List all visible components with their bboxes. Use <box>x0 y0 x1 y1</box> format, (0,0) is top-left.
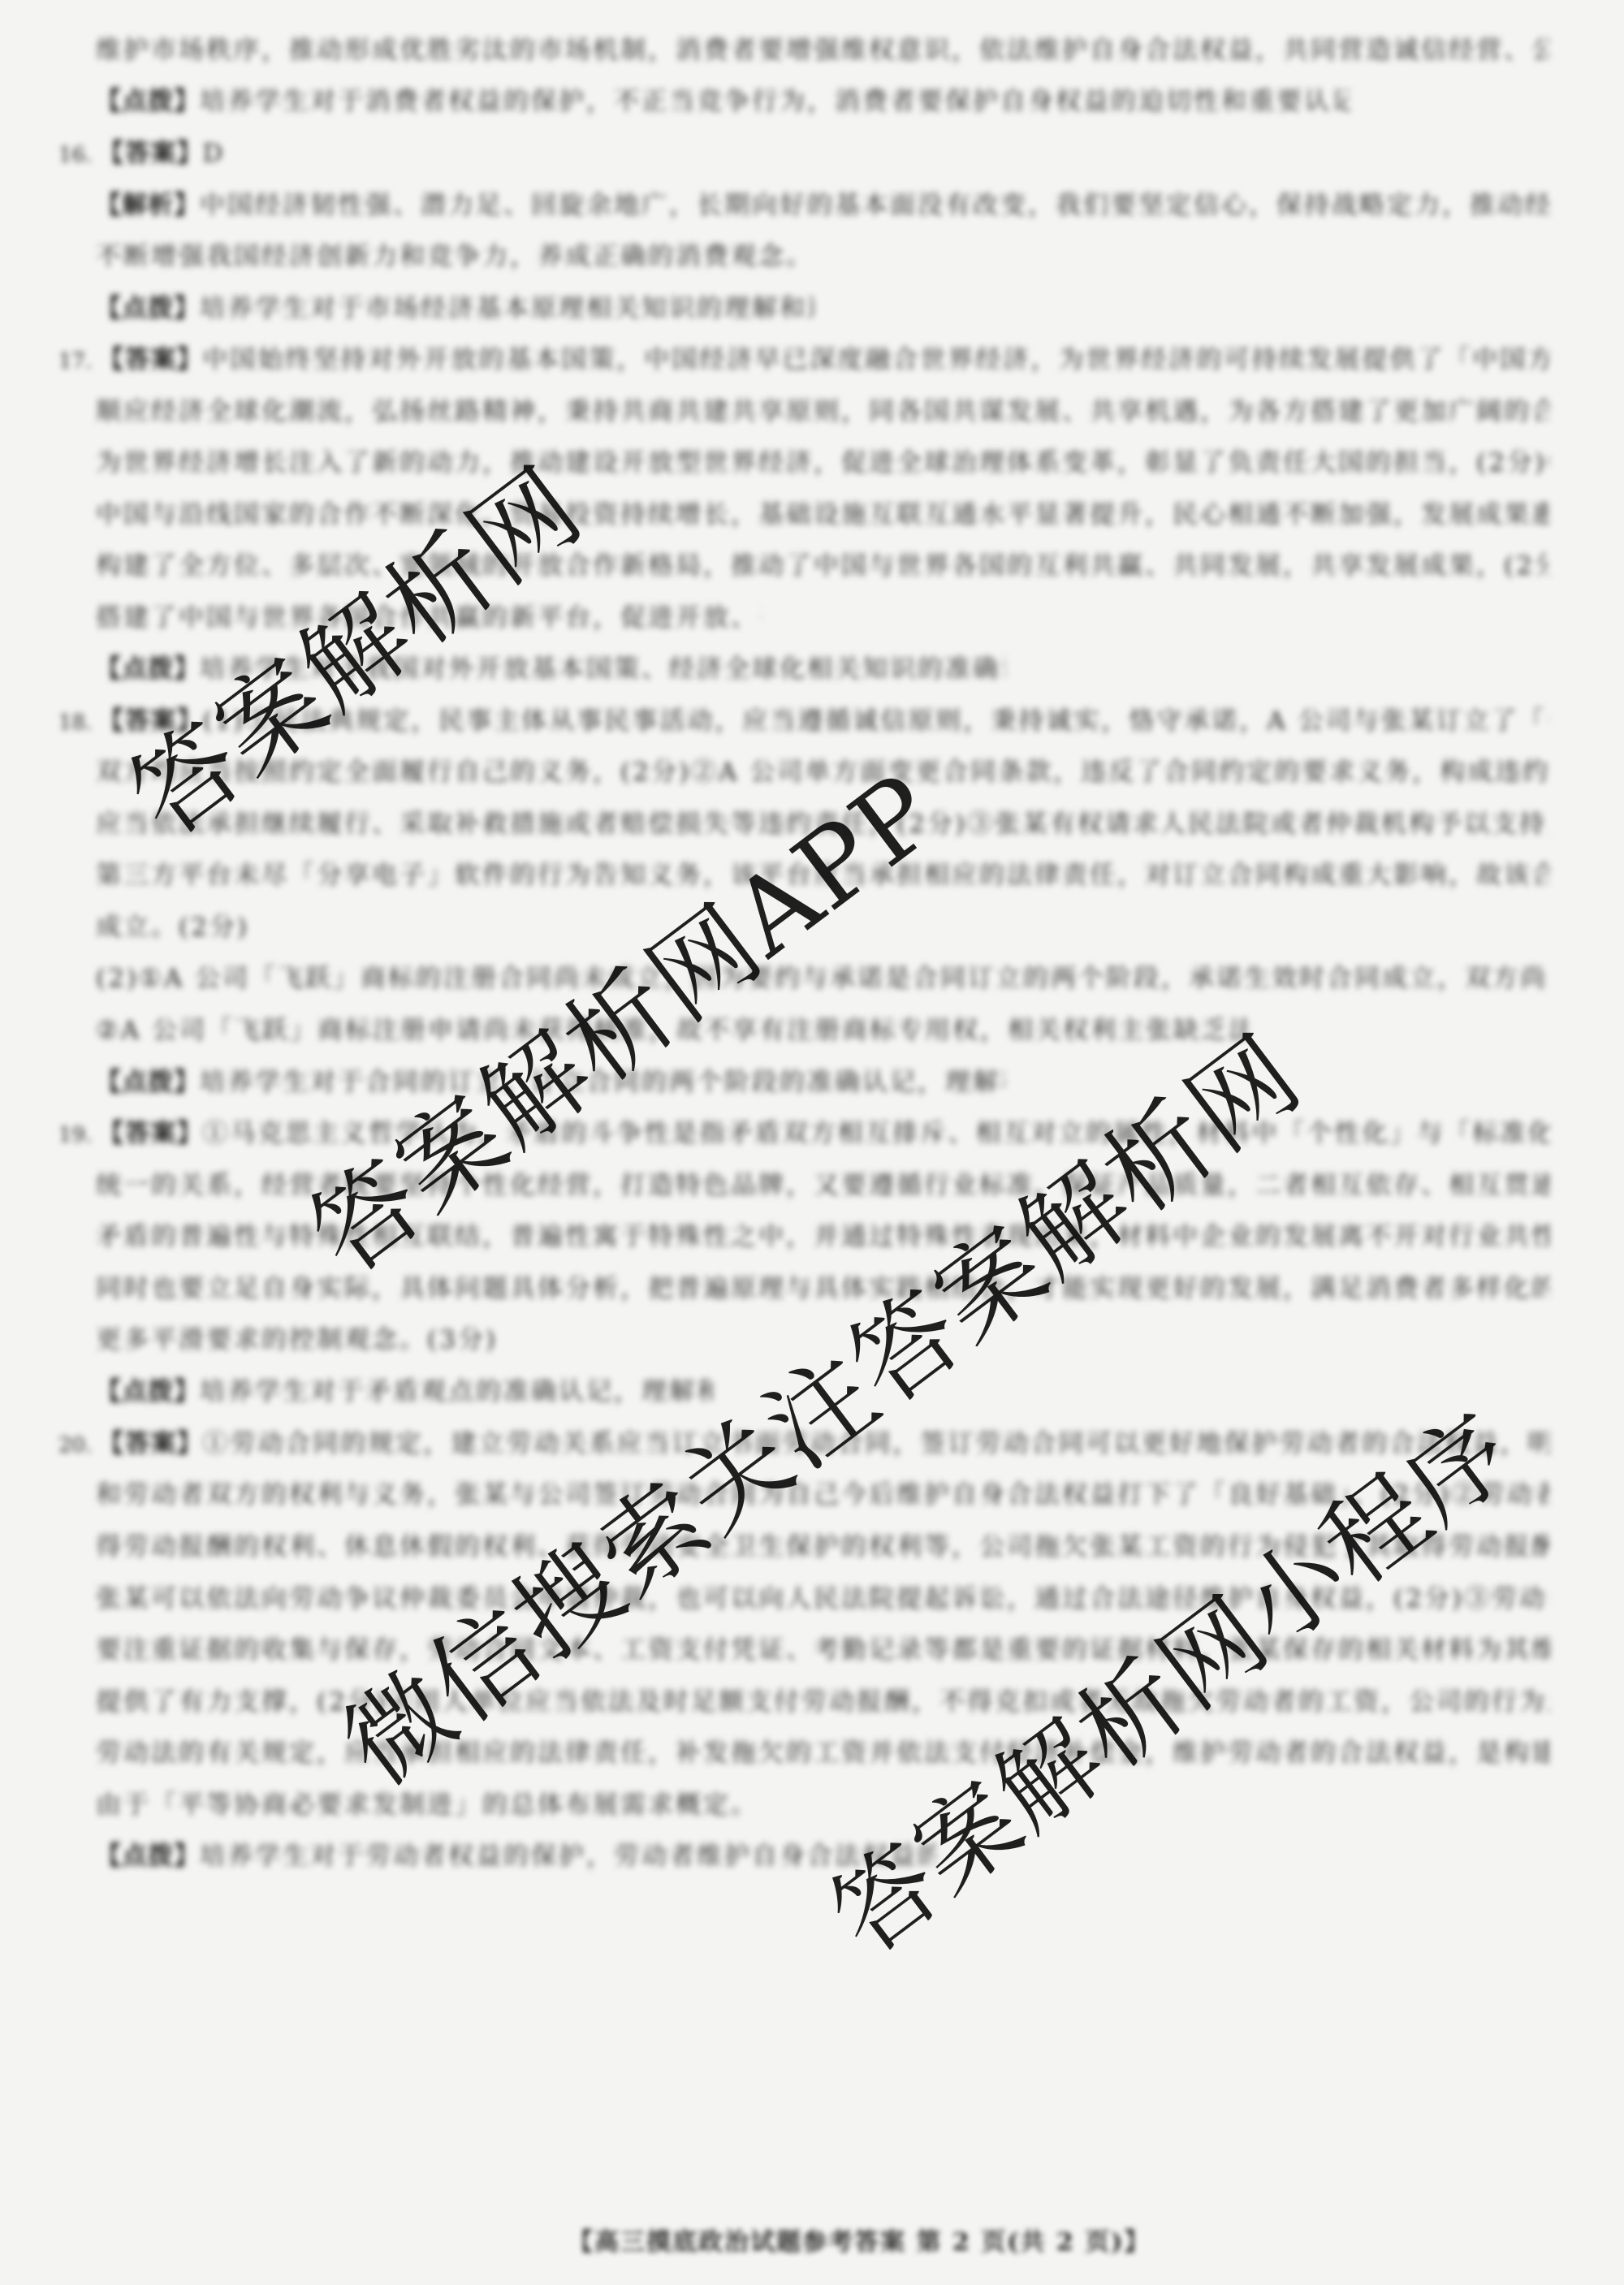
text-line: ②A 公司「飞跃」商标注册申请尚未获得核准，故不享有注册商标专用权，相关权利主张… <box>96 1013 1249 1049</box>
bracket-label: 【答案】 <box>98 1119 202 1148</box>
watermark-4: 答案解析网小程序 <box>797 1373 1538 1981</box>
text-line: 成立。(2分) <box>96 910 315 946</box>
bracket-label: 【点拨】 <box>96 294 200 323</box>
text-line: (2)①A 公司「飞跃」商标的注册合同尚未成立，因为要约与承诺是合同订立的两个阶… <box>96 961 1549 997</box>
text-line: 顺应经济全球化潮流，弘扬丝路精神，秉持共商共建共享原则，同各国共谋发展、共享机遇… <box>96 395 1549 430</box>
text-line: 得劳动报酬的权利、休息休假的权利、获得劳动安全卫生保护的权利等，公司拖欠张某工资… <box>96 1530 1549 1566</box>
bracket-label: 【点拨】 <box>96 654 200 684</box>
text-line: 构建了全方位、多层次、宽领域的开放合作新格局，推动了中国与世界各国的互利共赢、共… <box>96 549 1549 585</box>
answer-label-line: 16.【答案】D <box>58 136 253 172</box>
bracket-label: 【答案】 <box>98 1429 202 1458</box>
bracket-label: 【点拨】 <box>96 87 200 116</box>
text-line: 为世界经济增长注入了新的动力，推动建设开放型世界经济，促进全球治理体系变革，彰显… <box>96 446 1549 482</box>
answer-label-line: 【点拨】培养学生对于消费者权益的保护，不正当竞争行为，消费者要保护自身权益的迫切… <box>96 84 1350 120</box>
answer-label-line: 【点拨】培养学生对于市场经济基本原理相关知识的理解和运用。 <box>96 292 814 327</box>
bracket-label: 【答案】 <box>98 345 202 374</box>
answer-label-line: 20.【答案】①劳动合同的规定，建立劳动关系应当订立书面劳动合同，签订劳动合同可… <box>58 1427 1549 1462</box>
text-line: 统一的关系，经营者既要坚持个性化经营，打造特色品牌，又要遵循行业标准，保证产品质… <box>96 1168 1549 1204</box>
answer-label-line: 19.【答案】①马克思主义哲学认为，矛盾的斗争性是指矛盾双方相互排斥、相互对立的… <box>58 1117 1549 1152</box>
text-line: 劳动法的有关规定，应当承担相应的法律责任，补发拖欠的工资并依法支付经济补偿金，维… <box>96 1736 1549 1772</box>
text-line: 更多平滑要求的控制观念。(3分) <box>96 1323 494 1358</box>
text-line: 要注重证据的收集与保存，劳动合同文本、工资支付凭证、考勤记录等都是重要的证据材料… <box>96 1633 1549 1669</box>
answer-label-line: 【点拨】培养学生对于我国对外开放基本国策、经济全球化相关知识的准确认记，理解和运… <box>96 652 1005 688</box>
text-line: 提供了有力支撑，(2分)④用人单位应当依法及时足额支付劳动报酬，不得克扣或者无故… <box>96 1685 1549 1721</box>
bracket-label: 【答案】 <box>98 706 202 736</box>
question-number: 16. <box>58 143 92 167</box>
answer-label-line: 【点拨】培养学生对于矛盾观点的准确认记，理解和运用。 <box>96 1375 713 1410</box>
text-line: 不断增强我国经济创新力和竞争力，养成正确的消费观念。 <box>96 240 855 275</box>
text-line: 矛盾的普遍性与特殊性相互联结，普遍性寓于特殊性之中，并通过特殊性表现出来，材料中… <box>96 1220 1549 1255</box>
text-line: 双方均应当按照约定全面履行自己的义务，(2分)②A 公司单方面变更合同条款，违反… <box>96 755 1549 791</box>
answer-label-line: 【点拨】培养学生对于合同的订立、订立合同的两个阶段的准确认记，理解和运用。 <box>96 1065 1005 1101</box>
answer-label-line: 【点拨】培养学生对于劳动者权益的保护，劳动者维护自身合法权益的途径的准确认记，理… <box>96 1839 936 1875</box>
document-page: 维护市场秩序，推动形成优胜劣汰的市场机制，消费者要增强维权意识，依法维护自身合法… <box>0 0 1624 2285</box>
question-number: 18. <box>58 711 92 735</box>
bracket-label: 【点拨】 <box>96 1842 200 1871</box>
text-line: 第三方平台未尽「分享电子」软件的行为告知义务，该平台应当承担相应的法律责任，对订… <box>96 858 1549 894</box>
text-line: 张某可以依法向劳动争议仲裁委员会申请仲裁，也可以向人民法院提起诉讼，通过合法途径… <box>96 1582 1549 1618</box>
text-line: 中国与沿线国家的合作不断深化，贸易投资持续增长，基础设施互联互通水平显著提升，民… <box>96 498 1549 533</box>
answer-label-line: 17.【答案】中国始终坚持对外开放的基本国策，中国经济早已深度融合世界经济，为世… <box>58 343 1549 378</box>
answer-label-line: 【解析】中国经济韧性强、潜力足、回旋余地广，长期向好的基本面没有改变，我们要坚定… <box>96 188 1549 224</box>
answer-label-line: 18.【答案】(1)①民法典规定，民事主体从事民事活动，应当遵循诚信原则，秉持诚… <box>58 704 1549 740</box>
bracket-label: 【点拨】 <box>96 1377 200 1406</box>
question-number: 17. <box>58 349 92 374</box>
text-line: 和劳动者双方的权利与义务，张某与公司签订劳动合同为自己今后维护自身合法权益打下了… <box>96 1478 1549 1514</box>
text-line: 维护市场秩序，推动形成优胜劣汰的市场机制，消费者要增强维权意识，依法维护自身合法… <box>96 33 1549 69</box>
bracket-label: 【解析】 <box>96 191 200 220</box>
watermark-1: 答案解析网 <box>95 427 607 864</box>
bracket-label: 【点拨】 <box>96 1068 200 1097</box>
text-line: 由于「平等协商必要求发制进」的总体布展需求概定。(3分) <box>96 1788 754 1824</box>
question-number: 19. <box>58 1123 92 1147</box>
text-line: 应当依法承担继续履行、采取补救措施或者赔偿损失等违约责任，(2分)③张某有权请求… <box>96 807 1549 843</box>
text-line: 同时也要立足自身实际，具体问题具体分析，把普遍原理与具体实践相结合，才能实现更好… <box>96 1272 1549 1307</box>
text-line: 搭建了中国与世界各国合作共赢的新平台，促进开放、平等、共赢。(2分) <box>96 601 762 637</box>
page-footer: 【高三摸底政治试题参考答案 第 2 页(共 2 页)】 <box>568 2222 1150 2257</box>
question-number: 20. <box>58 1433 92 1458</box>
bracket-label: 【答案】 <box>98 139 202 168</box>
